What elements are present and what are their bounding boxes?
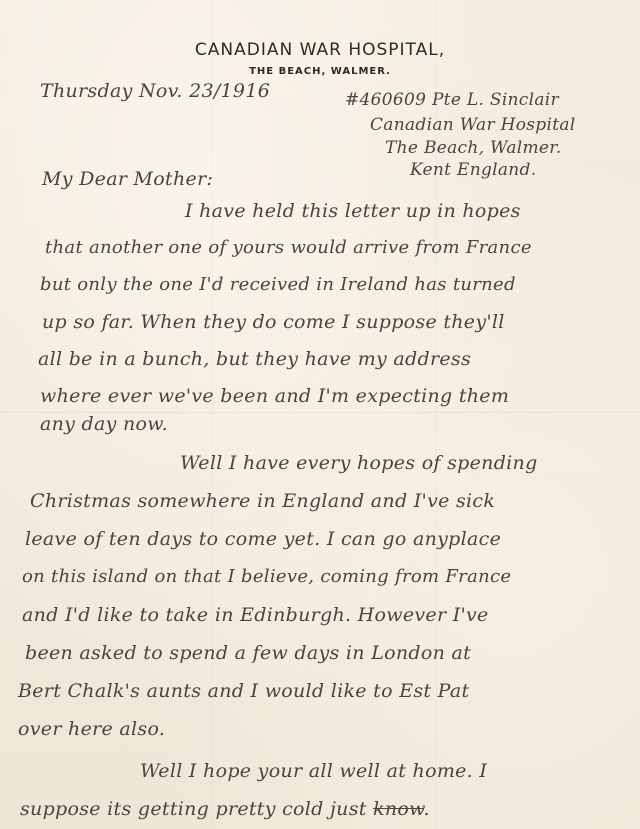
body-line: Well I hope your all well at home. I	[140, 760, 487, 782]
body-line: but only the one I'd received in Ireland…	[40, 274, 516, 295]
body-line: that another one of yours would arrive f…	[45, 237, 532, 258]
body-line-last: suppose its getting pretty cold just kno…	[20, 798, 430, 820]
body-line: over here also.	[18, 718, 165, 740]
letterhead-title: CANADIAN WAR HOSPITAL,	[0, 40, 640, 60]
letter-page: CANADIAN WAR HOSPITAL, THE BEACH, WALMER…	[0, 0, 640, 829]
body-line: leave of ten days to come yet. I can go …	[25, 528, 501, 550]
body-line: all be in a bunch, but they have my addr…	[38, 348, 471, 370]
body-line: Bert Chalk's aunts and I would like to E…	[18, 680, 469, 702]
letterhead-subtitle: THE BEACH, WALMER.	[0, 66, 640, 77]
body-line: been asked to spend a few days in London…	[25, 642, 471, 664]
line-end: .	[423, 798, 429, 820]
body-line: I have held this letter up in hopes	[185, 200, 521, 222]
body-line: up so far. When they do come I suppose t…	[42, 311, 505, 333]
fold-line-vertical-left	[212, 0, 214, 829]
return-address-line-2: Canadian War Hospital	[370, 115, 576, 135]
body-line: where ever we've been and I'm expecting …	[40, 385, 509, 407]
salutation: My Dear Mother:	[42, 168, 213, 190]
date-line: Thursday Nov. 23/1916	[40, 80, 270, 102]
body-line-text: suppose its getting pretty cold just	[20, 798, 367, 820]
return-address-line-4: Kent England.	[410, 160, 536, 180]
body-line: and I'd like to take in Edinburgh. Howev…	[22, 604, 489, 626]
body-line: Christmas somewhere in England and I've …	[30, 490, 495, 512]
body-line: Well I have every hopes of spending	[180, 452, 538, 474]
return-address-line-1: #460609 Pte L. Sinclair	[345, 90, 559, 110]
return-address-line-3: The Beach, Walmer.	[385, 138, 562, 158]
struck-word: know	[373, 798, 423, 820]
body-line: any day now.	[40, 413, 168, 435]
body-line: on this island on that I believe, coming…	[22, 566, 511, 587]
